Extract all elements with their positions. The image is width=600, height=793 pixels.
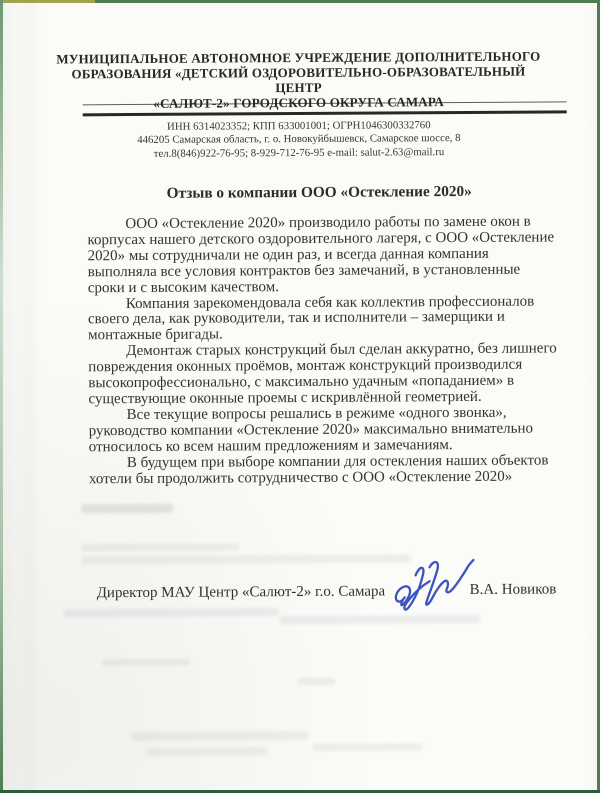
scanned-document-page: МУНИЦИПАЛЬНОЕ АВТОНОМНОЕ УЧРЕЖДЕНИЕ ДОПО… — [0, 0, 600, 793]
signatory-name: В.А. Новиков — [470, 581, 557, 599]
bleed-through-smudge — [102, 659, 190, 667]
header-separator-thick — [83, 110, 567, 116]
document-content: МУНИЦИПАЛЬНОЕ АВТОНОМНОЕ УЧРЕЖДЕНИЕ ДОПО… — [0, 0, 600, 793]
requisites-phones-email: тел.8(846)922-76-95; 8-929-712-76-95 e-m… — [49, 145, 549, 161]
signature-ink-path — [396, 560, 474, 610]
bleed-through-smudge — [64, 608, 279, 617]
signature-ink-scribble — [391, 555, 476, 626]
document-frame-left — [0, 0, 3, 793]
document-title: Отзыв о компании ООО «Остекление 2020» — [59, 182, 579, 203]
bleed-through-smudge — [146, 747, 268, 756]
bleed-through-smudge — [81, 504, 173, 514]
bleed-through-smudge — [297, 678, 335, 685]
review-paragraph: Все текущие вопросы решались в режиме «о… — [89, 405, 561, 456]
review-paragraph: Демонтаж старых конструкций был сделан а… — [88, 342, 560, 409]
document-frame-top-accent — [0, 0, 95, 3]
bleed-through-smudge — [81, 554, 411, 564]
review-paragraph: ООО «Остекление 2020» производило работы… — [87, 214, 559, 296]
bleed-through-smudge — [81, 543, 239, 551]
bleed-through-smudge — [131, 731, 309, 741]
organization-requisites: ИНН 6314023352; КПП 633001001; ОГРН10463… — [49, 118, 549, 161]
review-paragraph: Компания зарекомендовала себя как коллек… — [88, 294, 560, 345]
review-paragraph: В будущем при выборе компании для остекл… — [89, 453, 561, 488]
bleed-through-smudge — [313, 743, 423, 751]
organization-name-line: ОБРАЗОВАНИЯ «ДЕТСКИЙ ОЗДОРОВИТЕЛЬНО-ОБРА… — [48, 63, 548, 96]
signatory-position: Директор МАУ Центр «Салют-2» г.о. Самара — [97, 583, 386, 602]
review-body: ООО «Остекление 2020» производило работы… — [87, 214, 561, 487]
